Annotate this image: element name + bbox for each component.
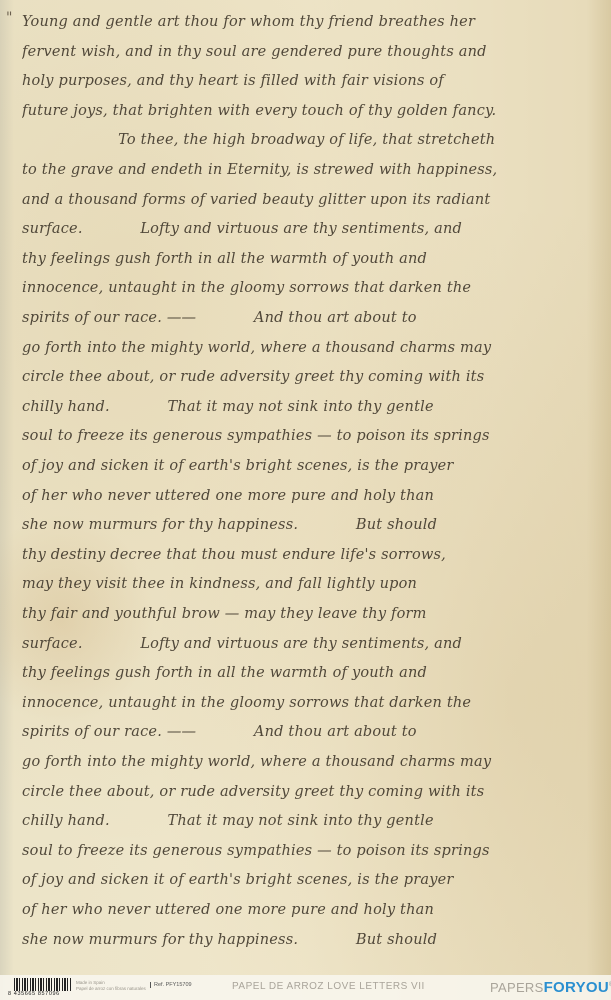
manuscript-line: surface. Lofty and virtuous are thy sent… (22, 630, 597, 659)
manuscript-line: soul to freeze its generous sympathies —… (22, 422, 597, 451)
brand-highlight: FORYOU (544, 979, 609, 996)
manuscript-line: To thee, the high broadway of life, that… (22, 126, 597, 155)
manuscript-line: spirits of our race. —— And thou art abo… (22, 304, 597, 333)
manuscript-line: circle thee about, or rude adversity gre… (22, 778, 597, 807)
brand-logo: PAPERSFORYOU© (490, 979, 611, 996)
product-label-strip: 8 435665 857096 Made in Spain Papel de a… (0, 975, 611, 1000)
manuscript-line: future joys, that brighten with every to… (22, 97, 597, 126)
barcode-bars-icon (14, 978, 72, 991)
manuscript-line: of joy and sicken it of earth's bright s… (22, 866, 597, 895)
manuscript-line: chilly hand. That it may not sink into t… (22, 807, 597, 836)
manuscript-line: go forth into the mighty world, where a … (22, 748, 597, 777)
manuscript-line: surface. Lofty and virtuous are thy sent… (22, 215, 597, 244)
reference-code: Ref. PFY15709 (150, 982, 192, 988)
manuscript-line: spirits of our race. —— And thou art abo… (22, 718, 597, 747)
manuscript-line: Young and gentle art thou for whom thy f… (22, 8, 597, 37)
manuscript-line: of her who never uttered one more pure a… (22, 896, 597, 925)
material-text: Papel de arroz con fibras naturales (76, 986, 146, 992)
manuscript-line: innocence, untaught in the gloomy sorrow… (22, 274, 597, 303)
manuscript-line: may they visit thee in kindness, and fal… (22, 570, 597, 599)
manuscript-line: holy purposes, and thy heart is filled w… (22, 67, 597, 96)
barcode: 8 435665 857096 (8, 978, 76, 998)
brand-prefix: PAPERS (490, 980, 544, 995)
manuscript-line: soul to freeze its generous sympathies —… (22, 837, 597, 866)
manuscript-line: thy fair and youthful brow — may they le… (22, 600, 597, 629)
manuscript-line: fervent wish, and in thy soul are gender… (22, 38, 597, 67)
manuscript-line: she now murmurs for thy happiness. But s… (22, 511, 597, 540)
manuscript-line: to the grave and endeth in Eternity, is … (22, 156, 597, 185)
manuscript-line: innocence, untaught in the gloomy sorrow… (22, 689, 597, 718)
manuscript-line: thy feelings gush forth in all the warmt… (22, 659, 597, 688)
manuscript-line: she now murmurs for thy happiness. But s… (22, 926, 597, 955)
manuscript-line: of her who never uttered one more pure a… (22, 482, 597, 511)
manuscript-line: go forth into the mighty world, where a … (22, 334, 597, 363)
origin-info: Made in Spain Papel de arroz con fibras … (76, 980, 146, 992)
manuscript-line: circle thee about, or rude adversity gre… (22, 363, 597, 392)
product-name: PAPEL DE ARROZ LOVE LETTERS VII (232, 981, 425, 992)
manuscript-line: thy feelings gush forth in all the warmt… (22, 245, 597, 274)
manuscript-line: and a thousand forms of varied beauty gl… (22, 186, 597, 215)
barcode-number: 8 435665 857096 (8, 991, 76, 998)
opening-quote-mark: " (6, 10, 12, 26)
manuscript-line: of joy and sicken it of earth's bright s… (22, 452, 597, 481)
manuscript-line: chilly hand. That it may not sink into t… (22, 393, 597, 422)
manuscript-line: thy destiny decree that thou must endure… (22, 541, 597, 570)
